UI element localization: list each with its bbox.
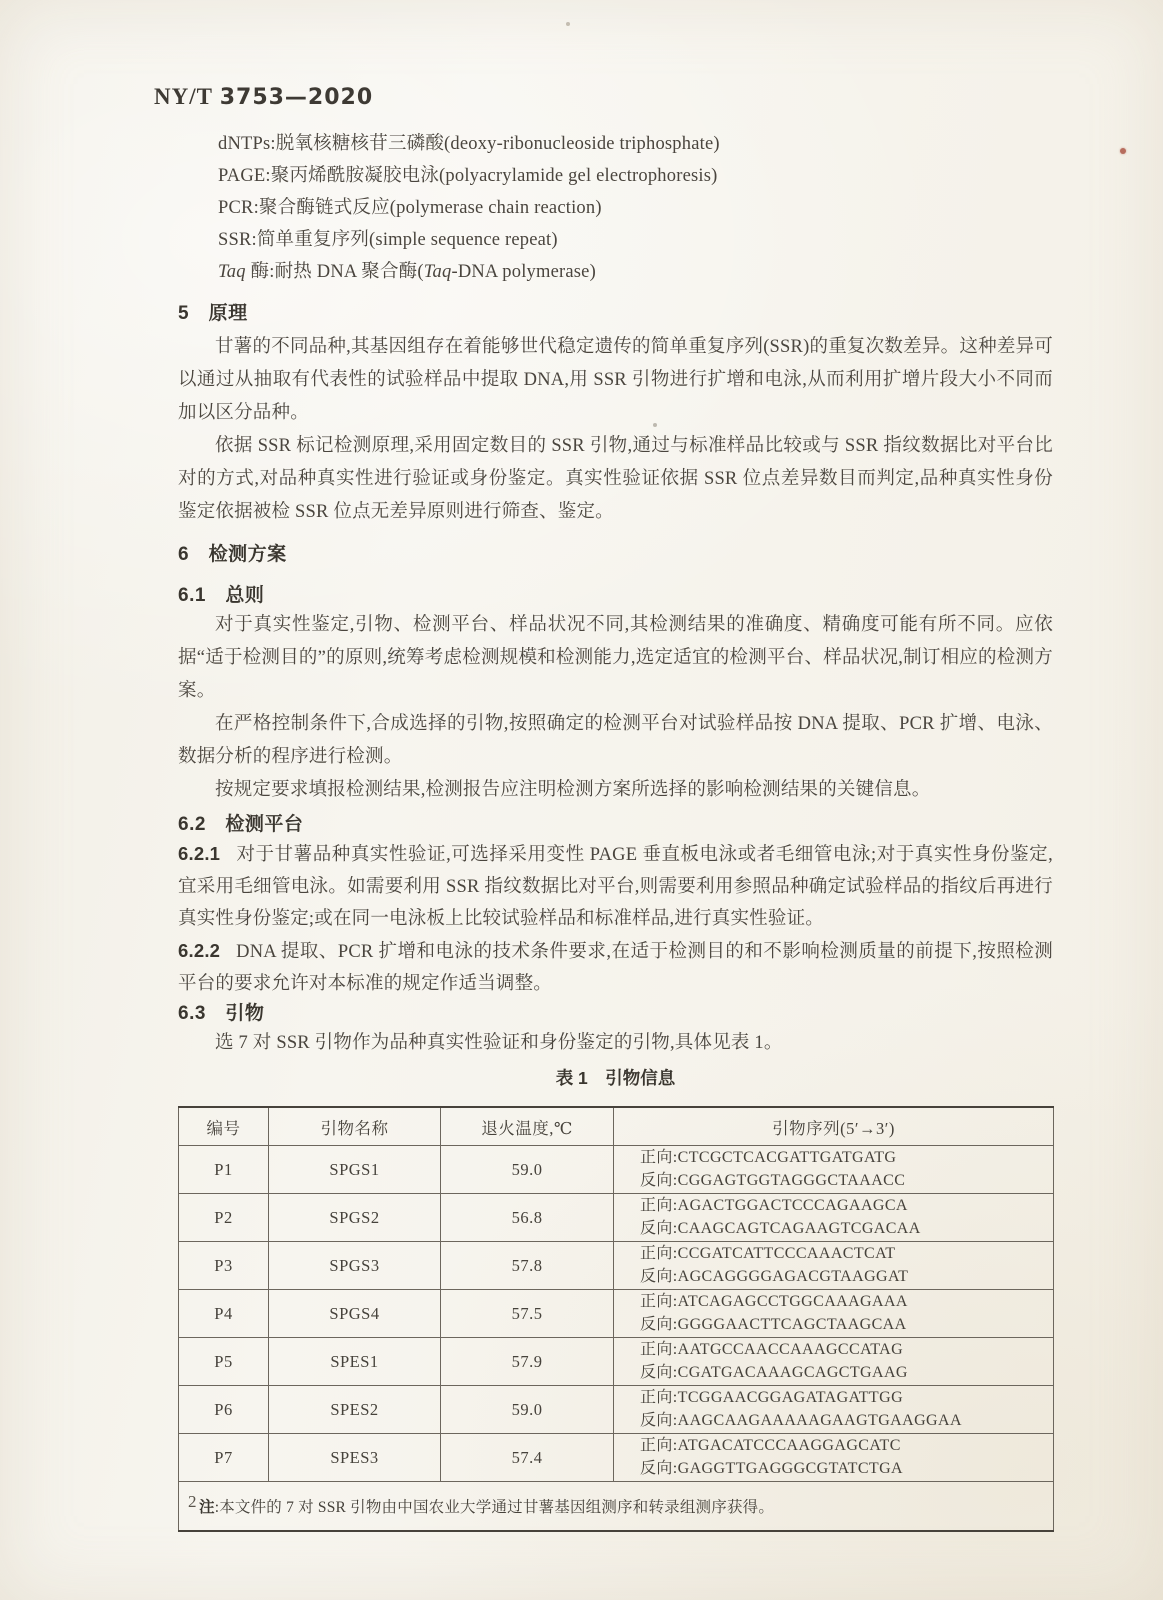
cell-sequence: 正向:CTCGCTCACGATTGATGATG反向:CGGAGTGGTAGGGC… (614, 1146, 1054, 1194)
primer-info-table: 编号 引物名称 退火温度,℃ 引物序列(5′→3′) P1 SPGS1 59.0… (178, 1106, 1054, 1532)
general-rules-paragraph-1: 对于真实性鉴定,引物、检测平台、样品状况不同,其检测结果的准确度、精确度可能有所… (178, 609, 1053, 708)
abbr-ssr: SSR:简单重复序列(simple sequence repeat) (218, 224, 1053, 256)
mid-speck-artifact (653, 423, 657, 427)
cell-name: SPES1 (269, 1338, 441, 1386)
reverse-sequence: 反向:GGGGAACTTCAGCTAAGCAA (640, 1314, 1052, 1337)
forward-sequence: 正向:CCGATCATTCCCAAACTCAT (640, 1243, 1052, 1266)
red-speck-artifact (1120, 148, 1126, 154)
heading-detection-platform: 6.2 检测平台 (178, 812, 1053, 838)
col-header-annealing-temp: 退火温度,℃ (441, 1107, 614, 1146)
col-header-primer-sequence: 引物序列(5′→3′) (614, 1107, 1054, 1146)
abbr-dntps: dNTPs:脱氧核糖核苷三磷酸(deoxy-ribonucleoside tri… (218, 128, 1053, 160)
clause-number-622: 6.2.2 (178, 940, 220, 961)
table-note: 注:本文件的 7 对 SSR 引物由中国农业大学通过甘薯基因组测序和转录组测序获… (179, 1482, 1054, 1532)
doc-code: NY/T 3753—2020 (154, 84, 373, 110)
heading-primers: 6.3 引物 (178, 1001, 1053, 1027)
reverse-sequence: 反向:CAAGCAGTCAGAAGTCGACAA (640, 1218, 1052, 1241)
cell-temp: 59.0 (441, 1386, 614, 1434)
cell-id: P1 (179, 1146, 269, 1194)
general-rules-paragraph-2: 在严格控制条件下,合成选择的引物,按照确定的检测平台对试验样品按 DNA 提取、… (178, 708, 1053, 774)
cell-sequence: 正向:CCGATCATTCCCAAACTCAT反向:AGCAGGGGAGACGT… (614, 1242, 1054, 1290)
forward-sequence: 正向:AATGCCAACCAAAGCCATAG (640, 1339, 1052, 1362)
principle-paragraph-1: 甘薯的不同品种,其基因组存在着能够世代稳定遗传的简单重复序列(SSR)的重复次数… (178, 331, 1053, 430)
table-note-row: 注:本文件的 7 对 SSR 引物由中国农业大学通过甘薯基因组测序和转录组测序获… (179, 1482, 1054, 1532)
platform-clause-622: 6.2.2DNA 提取、PCR 扩增和电泳的技术条件要求,在适于检测目的和不影响… (178, 935, 1053, 1000)
abbr-pcr: PCR:聚合酶链式反应(polymerase chain reaction) (218, 192, 1053, 224)
heading-detection-scheme: 6 检测方案 (178, 542, 1053, 568)
cell-sequence: 正向:AATGCCAACCAAAGCCATAG反向:CGATGACAAAGCAG… (614, 1338, 1054, 1386)
cell-name: SPGS4 (269, 1290, 441, 1338)
doc-code-prefix: NY/T (154, 84, 213, 109)
cell-id: P3 (179, 1242, 269, 1290)
primers-paragraph: 选 7 对 SSR 引物作为品种真实性验证和身份鉴定的引物,具体见表 1。 (178, 1027, 1053, 1060)
cell-temp: 59.0 (441, 1146, 614, 1194)
taq-italic: Taq (218, 262, 246, 282)
cell-sequence: 正向:TCGGAACGGAGATAGATTGG反向:AAGCAAGAAAAAGA… (614, 1386, 1054, 1434)
col-header-primer-name: 引物名称 (269, 1107, 441, 1146)
reverse-sequence: 反向:CGGAGTGGTAGGGCTAAACC (640, 1170, 1052, 1193)
content-column: dNTPs:脱氧核糖核苷三磷酸(deoxy-ribonucleoside tri… (178, 128, 1053, 1532)
reverse-sequence: 反向:CGATGACAAAGCAGCTGAAG (640, 1362, 1052, 1385)
top-speck-artifact (566, 22, 570, 26)
clause-number-621: 6.2.1 (178, 843, 220, 864)
platform-clause-621: 6.2.1对于甘薯品种真实性验证,可选择采用变性 PAGE 垂直板电泳或者毛细管… (178, 838, 1053, 935)
cell-sequence: 正向:ATCAGAGCCTGGCAAAGAAA反向:GGGGAACTTCAGCT… (614, 1290, 1054, 1338)
cell-id: P4 (179, 1290, 269, 1338)
cell-name: SPES2 (269, 1386, 441, 1434)
cell-sequence: 正向:ATGACATCCCAAGGAGCATC反向:GAGGTTGAGGGCGT… (614, 1434, 1054, 1482)
cell-temp: 57.4 (441, 1434, 614, 1482)
page-number: 2 (188, 1492, 197, 1512)
cell-name: SPGS1 (269, 1146, 441, 1194)
table-row: P4 SPGS4 57.5 正向:ATCAGAGCCTGGCAAAGAAA反向:… (179, 1290, 1054, 1338)
principle-paragraph-2: 依据 SSR 标记检测原理,采用固定数目的 SSR 引物,通过与标准样品比较或与… (178, 430, 1053, 529)
clause-text-622: DNA 提取、PCR 扩增和电泳的技术条件要求,在适于检测目的和不影响检测质量的… (178, 942, 1053, 994)
taq-italic-2: Taq (424, 262, 452, 282)
abbr-page: PAGE:聚丙烯酰胺凝胶电泳(polyacrylamide gel electr… (218, 160, 1053, 192)
document-page: NY/T 3753—2020 dNTPs:脱氧核糖核苷三磷酸(deoxy-rib… (0, 0, 1163, 1600)
cell-id: P2 (179, 1194, 269, 1242)
col-header-number: 编号 (179, 1107, 269, 1146)
reverse-sequence: 反向:AGCAGGGGAGACGTAAGGAT (640, 1266, 1052, 1289)
table-title: 表 1 引物信息 (178, 1065, 1053, 1091)
cell-id: P5 (179, 1338, 269, 1386)
table-header-row: 编号 引物名称 退火温度,℃ 引物序列(5′→3′) (179, 1107, 1054, 1146)
abbreviation-list: dNTPs:脱氧核糖核苷三磷酸(deoxy-ribonucleoside tri… (218, 128, 1053, 288)
forward-sequence: 正向:ATCAGAGCCTGGCAAAGAAA (640, 1291, 1052, 1314)
note-label: 注 (199, 1499, 215, 1516)
table-row: P5 SPES1 57.9 正向:AATGCCAACCAAAGCCATAG反向:… (179, 1338, 1054, 1386)
forward-sequence: 正向:AGACTGGACTCCCAGAAGCA (640, 1195, 1052, 1218)
abbr-taq: Taq 酶:耐热 DNA 聚合酶(Taq-DNA polymerase) (218, 256, 1053, 288)
cell-sequence: 正向:AGACTGGACTCCCAGAAGCA反向:CAAGCAGTCAGAAG… (614, 1194, 1054, 1242)
cell-temp: 57.8 (441, 1242, 614, 1290)
table-row: P7 SPES3 57.4 正向:ATGACATCCCAAGGAGCATC反向:… (179, 1434, 1054, 1482)
heading-general-rules: 6.1 总则 (178, 583, 1053, 609)
heading-principle: 5 原理 (178, 301, 1053, 327)
taq-mid-text: 酶:耐热 DNA 聚合酶( (246, 262, 424, 282)
reverse-sequence: 反向:GAGGTTGAGGGCGTATCTGA (640, 1458, 1052, 1481)
cell-name: SPES3 (269, 1434, 441, 1482)
reverse-sequence: 反向:AAGCAAGAAAAAGAAGTGAAGGAA (640, 1410, 1052, 1433)
forward-sequence: 正向:TCGGAACGGAGATAGATTGG (640, 1387, 1052, 1410)
table-row: P1 SPGS1 59.0 正向:CTCGCTCACGATTGATGATG反向:… (179, 1146, 1054, 1194)
cell-name: SPGS3 (269, 1242, 441, 1290)
cell-id: P6 (179, 1386, 269, 1434)
table-row: P2 SPGS2 56.8 正向:AGACTGGACTCCCAGAAGCA反向:… (179, 1194, 1054, 1242)
forward-sequence: 正向:ATGACATCCCAAGGAGCATC (640, 1435, 1052, 1458)
taq-tail-text: -DNA polymerase) (451, 262, 595, 282)
note-text: :本文件的 7 对 SSR 引物由中国农业大学通过甘薯基因组测序和转录组测序获得… (215, 1499, 774, 1516)
cell-temp: 56.8 (441, 1194, 614, 1242)
cell-name: SPGS2 (269, 1194, 441, 1242)
cell-id: P7 (179, 1434, 269, 1482)
general-rules-paragraph-3: 按规定要求填报检测结果,检测报告应注明检测方案所选择的影响检测结果的关键信息。 (178, 774, 1053, 807)
doc-code-number: 3753—2020 (220, 85, 373, 110)
table-row: P6 SPES2 59.0 正向:TCGGAACGGAGATAGATTGG反向:… (179, 1386, 1054, 1434)
forward-sequence: 正向:CTCGCTCACGATTGATGATG (640, 1147, 1052, 1170)
table-row: P3 SPGS3 57.8 正向:CCGATCATTCCCAAACTCAT反向:… (179, 1242, 1054, 1290)
clause-text-621: 对于甘薯品种真实性验证,可选择采用变性 PAGE 垂直板电泳或者毛细管电泳;对于… (178, 845, 1053, 929)
cell-temp: 57.9 (441, 1338, 614, 1386)
cell-temp: 57.5 (441, 1290, 614, 1338)
